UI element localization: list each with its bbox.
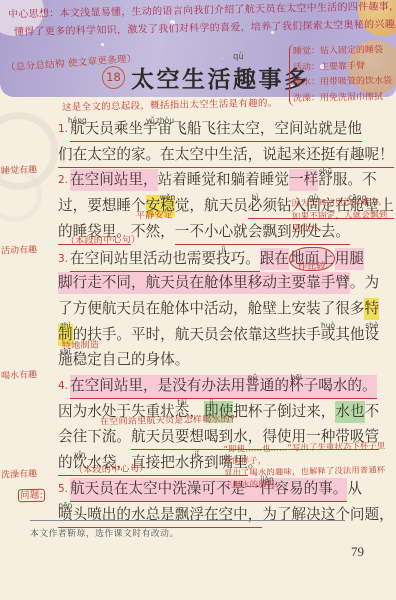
note-line: “即使……也……”写出了失重状态下杯子里水的样子， <box>224 439 394 467</box>
text-segment: 其他 <box>335 324 364 346</box>
text-segment: 把杯子倒过来， <box>233 401 335 423</box>
text-segment: 飞船飞往太空，空间站就是他 <box>172 118 362 142</box>
paragraph-number: 3. <box>58 253 68 265</box>
paragraph-number: 4. <box>58 380 68 392</box>
pinyin-gloss: zhì <box>60 315 71 337</box>
side-summary-list: 睡觉：钻入固定的睡袋活动：主要靠手臂喝水：用带吸管的饮水袋洗澡：用免洗湿巾擦拭 <box>289 44 392 106</box>
text-line: 们在太空的家。在太空中生活，说起来还挺有趣呢！ <box>58 144 396 171</box>
pinyin-gloss: pǔ <box>248 367 258 389</box>
pinyin-gloss: jí <box>209 392 213 414</box>
pinyin-gloss: jì <box>221 239 225 261</box>
tezhi-gloss: 特地制造 <box>62 341 99 353</box>
text-segment: 宙zhòu <box>158 118 173 142</box>
note-line: 如果不固定，人就会飘到 <box>292 207 396 222</box>
text-segment: 在空间站里，是没有办法用 <box>70 375 245 399</box>
lesson-number-badge: 18 <box>102 66 125 89</box>
paragraph-number: 1. <box>58 123 68 135</box>
text-segment: 觉，航天员 <box>175 195 248 217</box>
text-segment: 们在太空的家。在太空中生活，说起来还挺有趣呢！ <box>58 144 394 168</box>
text-segment: 通的 <box>260 375 289 399</box>
text-segment: 用腿 <box>335 248 364 270</box>
text-segment: 了方便航天员在舱体中活动，舱壁上安装了很多 <box>58 298 364 320</box>
text-segment: 在空间站里， <box>70 169 158 191</box>
problem-label-text: 问题: <box>18 489 45 503</box>
text-segment: 普pǔ <box>245 375 260 399</box>
margin-label: 喝水有趣 <box>1 367 37 381</box>
text-line: 1.航háng天员乘坐宇yǔ宙zhòu飞船飞往太空，空间站就是他 <box>58 118 396 145</box>
textbook-page: 中心思想：本文浅显易懂，生动的语言向我们介绍了航天员在太空中生活的四件趣事，让我… <box>0 0 396 600</box>
text-line: 3.在空间站里活动也需要技jì巧。跟在地面上用腿 <box>58 247 396 274</box>
margin-label: 洗澡有趣 <box>1 466 37 480</box>
text-segment: 设shè <box>365 324 380 346</box>
text-segment: 的 <box>58 452 73 476</box>
text-segment: 航háng <box>70 118 85 142</box>
problem-label: 问题: <box>18 490 45 502</box>
footnote-rule <box>30 520 345 521</box>
pinyin-gloss: yǔ <box>146 110 155 132</box>
pinyin-gloss: huò <box>321 315 335 337</box>
note-line: 喝水：用带吸管的饮水袋 <box>293 74 392 91</box>
text-segment: 子喝水的。 <box>304 375 377 399</box>
pinyin-gloss: bēi <box>291 367 302 389</box>
text-segment: 杯bēi <box>289 375 304 399</box>
note-line: 睡觉：钻入固定的睡袋 <box>293 43 392 60</box>
compare-note: 作比较 <box>298 262 326 274</box>
text-line: 脚行走不同，航天员在舱体里移动主要靠手臂。为 <box>58 272 396 299</box>
text-line: 制zhì的扶手。平时，航天员会依靠这些扶手或huò其他设shè <box>58 324 396 351</box>
text-line: 2.在空间站里，站着睡觉和躺着睡觉一样舒shū服。不 <box>58 169 396 196</box>
pinyin-gloss: yǐn <box>74 444 85 466</box>
text-segment: 天员乘坐 <box>85 118 143 142</box>
margin-label: 睡觉有趣 <box>1 162 37 176</box>
anwen-gloss: 平静安定 <box>136 211 173 223</box>
paragraph-number: 2. <box>58 174 68 186</box>
text-segment: 施shī <box>58 349 73 371</box>
note-line: 活动：主要靠手臂 <box>293 59 392 76</box>
pinyin-gloss: bì <box>252 187 259 209</box>
text-segment: 站着睡觉和躺着睡觉 <box>158 169 289 191</box>
central-sentence-note-2: （本段的中心句） <box>74 464 149 477</box>
text-segment: 舒shū <box>318 169 333 191</box>
text-line: 施shī稳定自己的身体。 <box>58 349 396 376</box>
text-segment: 脚行走不同，航天员在舱体里移动主要靠手臂 <box>58 272 350 294</box>
pinyin-gloss: wěn <box>160 187 176 209</box>
page-number: 79 <box>351 544 364 560</box>
central-sentence-note-1: （本段的中心句） <box>66 235 141 248</box>
text-segment: 为了解决这个问题， <box>262 504 393 526</box>
text-segment: 。为 <box>350 272 379 294</box>
pinyin-gloss: tài <box>177 392 187 414</box>
text-segment: 跟在 <box>260 248 289 270</box>
text-segment: 头喷出的水总是飘浮在空中， <box>73 504 263 528</box>
text-line: 了方便航天员在舱体中活动，舱壁上安装了很多特 <box>58 298 396 325</box>
text-segment: 会往下流。 <box>58 426 131 448</box>
gravity-note: 因为空间站里没有重力，如果不固定，人就会飘到别处去。 <box>292 195 396 235</box>
pinyin-gloss: pēn <box>58 495 72 517</box>
pinyin-gloss: shū <box>319 161 332 183</box>
text-segment: 或huò <box>321 324 336 346</box>
text-segment: 必bì <box>248 195 263 219</box>
text-segment: 技jì <box>216 248 231 272</box>
text-segment: 挤jǐ <box>189 452 204 476</box>
text-segment: 水也 <box>335 401 364 423</box>
paragraph-number: 5. <box>58 483 68 495</box>
text-line: 4.在空间站里，是没有办法用普pǔ通的杯bēi子喝水的。 <box>58 375 396 402</box>
page-title: 太空生活趣事多 <box>131 61 310 94</box>
margin-label: 活动有趣 <box>1 242 37 256</box>
note-line: 别处去。 <box>292 220 396 235</box>
text-segment: 在空间站里活动也需要 <box>70 248 216 272</box>
text-segment: 过，要想睡个 <box>58 195 146 217</box>
pinyin-gloss: jǐ <box>195 444 199 466</box>
note-line: 洗澡：用免洗湿巾擦拭 <box>293 90 392 107</box>
pinyin-gloss: zhòu <box>156 110 174 132</box>
text-segment: 不 <box>365 401 380 423</box>
text-segment: 喷pēn <box>58 504 73 528</box>
text-segment: 的扶手。平时，航天员会依靠这些扶手 <box>73 324 321 346</box>
footnote: 本文作者靳琼，选作课文时有改动。 <box>30 526 179 539</box>
pinyin-gloss: shè <box>365 315 378 337</box>
text-segment: 稳定自己的身体。 <box>73 349 190 371</box>
text-segment: 巧。 <box>231 248 260 272</box>
jishi-note: “即使……也……”写出了失重状态下杯子里水的样子，显出了喝水的趣味，也解释了没法… <box>224 439 395 491</box>
